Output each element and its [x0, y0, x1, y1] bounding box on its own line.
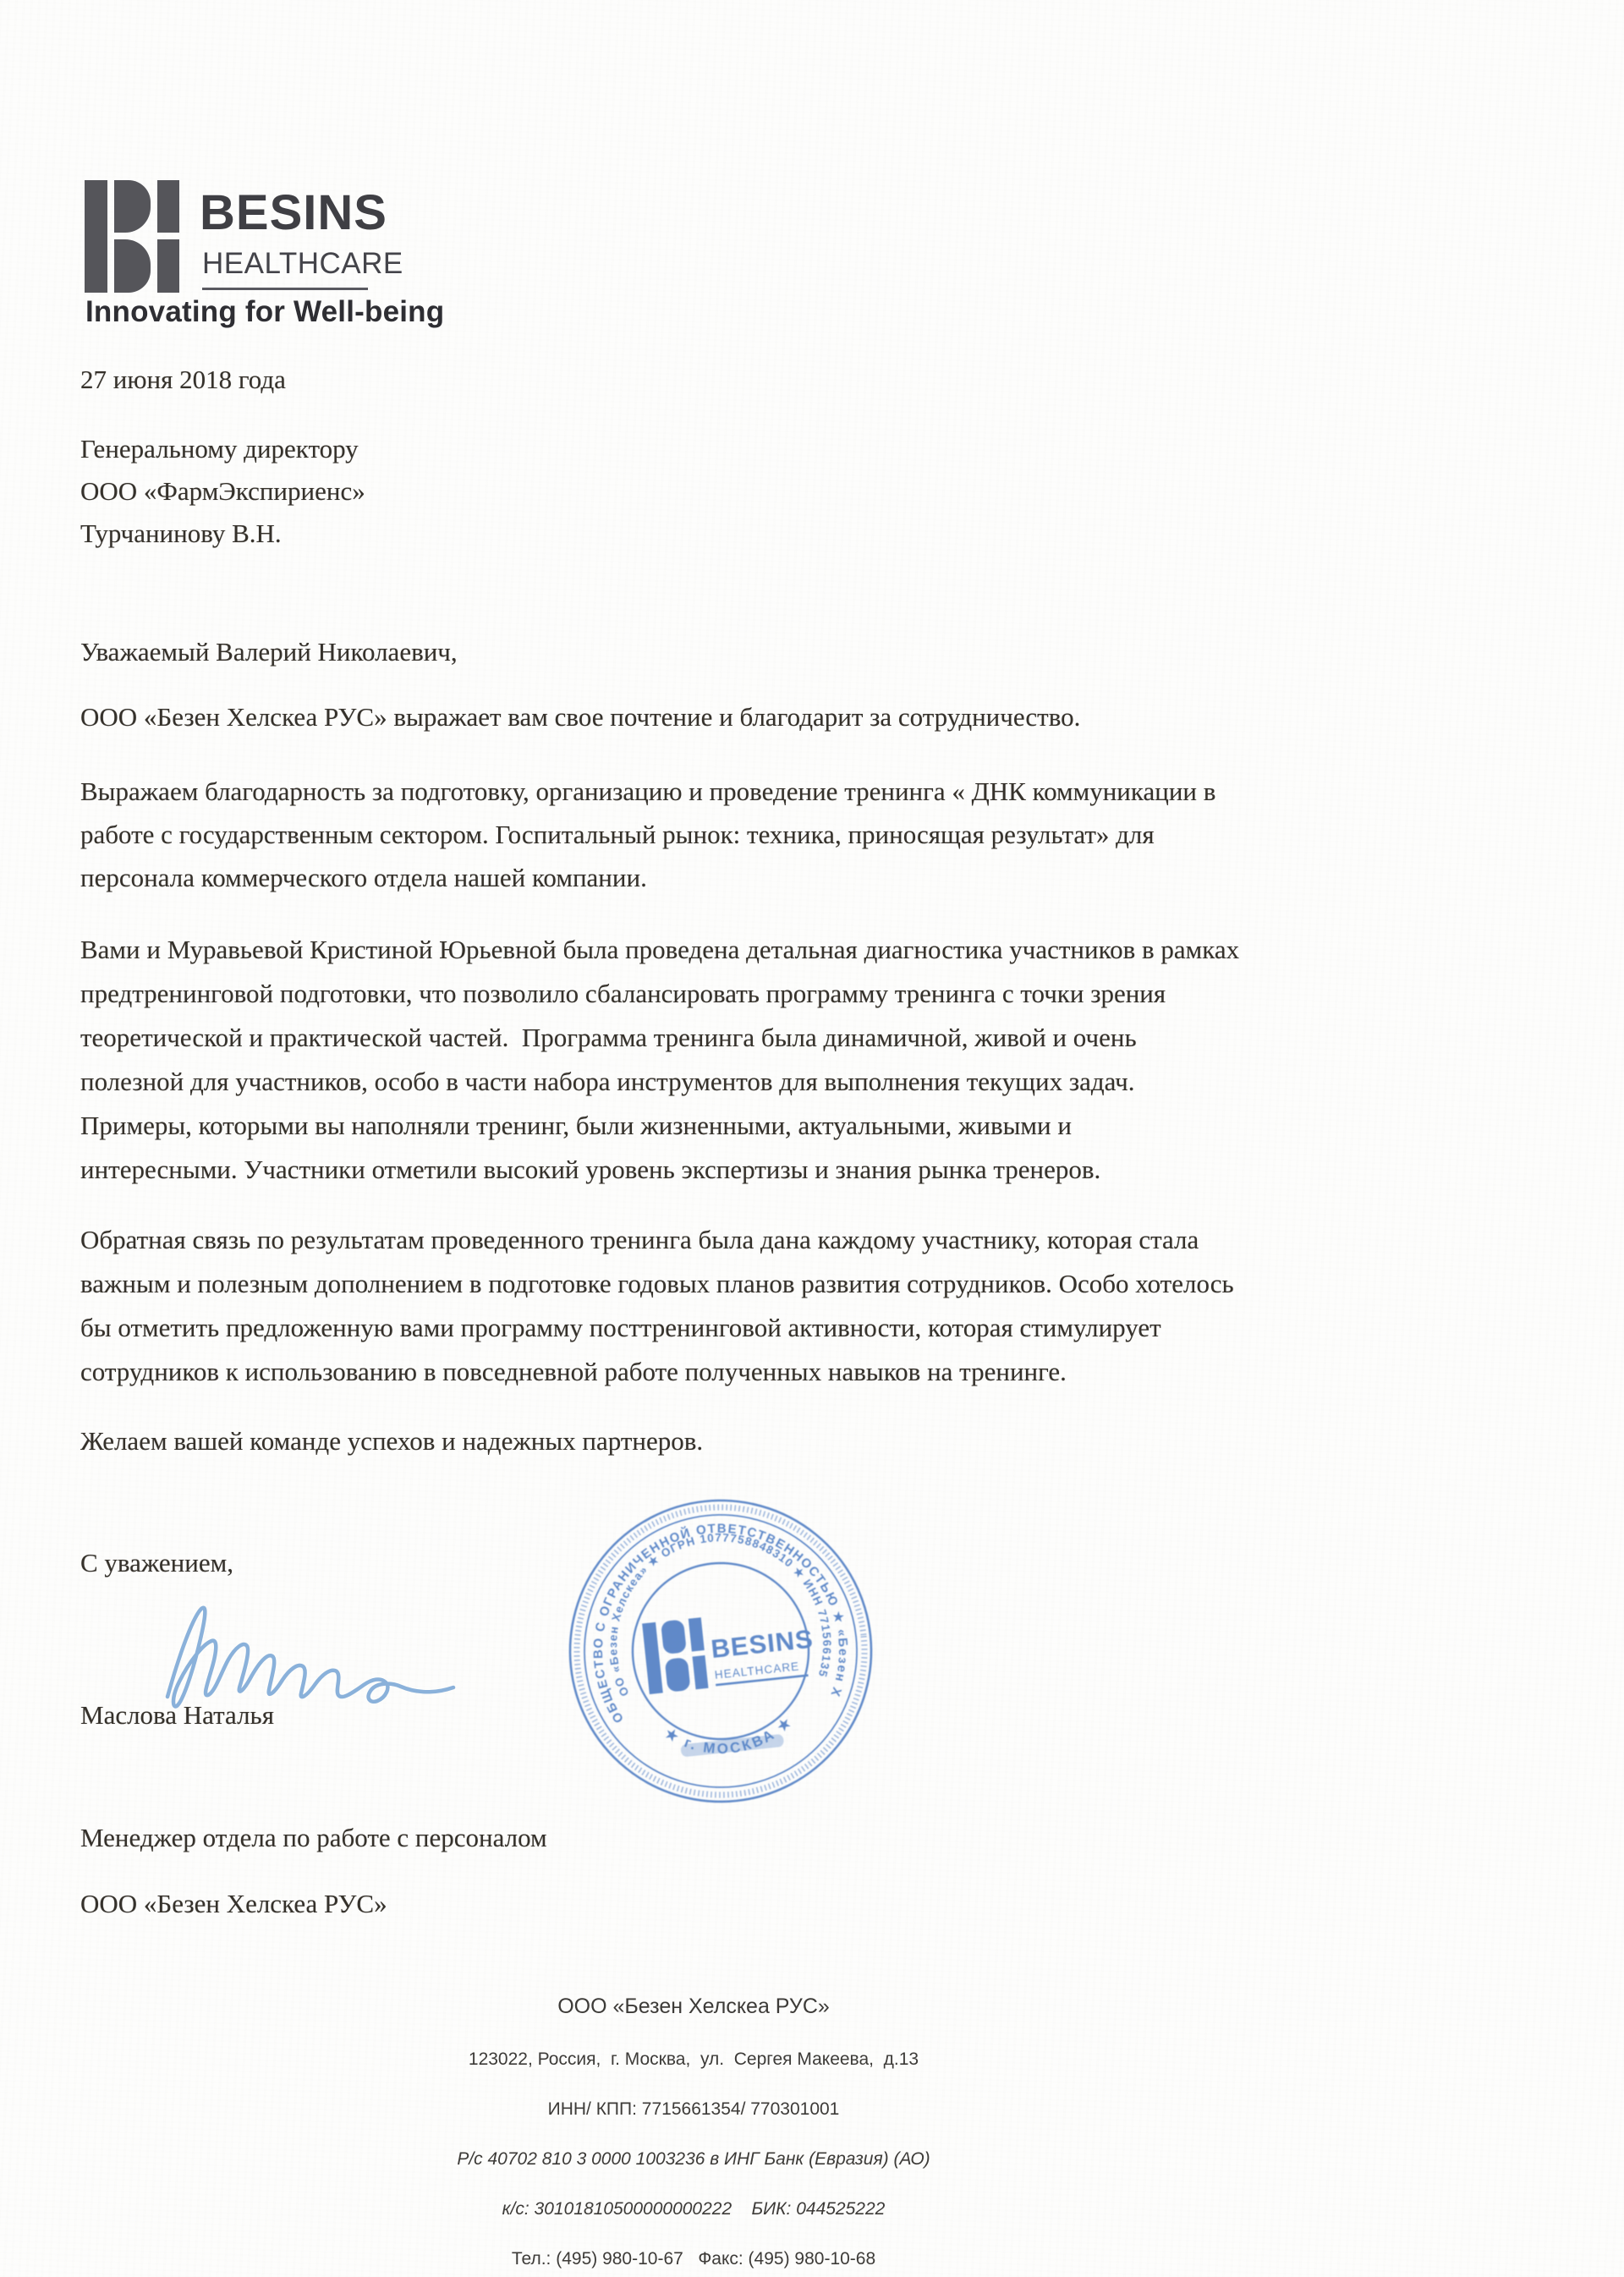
stamp-center-brand: BESINS — [710, 1624, 815, 1665]
logo-bar-right-top — [157, 180, 179, 233]
logo-bar-left — [85, 180, 107, 293]
signer-company: ООО «Безен Хелскеа РУС» — [80, 1882, 1571, 1925]
letter-date: 27 июня 2018 года — [80, 358, 1571, 401]
footer-block: ООО «Безен Хелскеа РУС» 123022, Россия, … — [338, 1964, 1049, 2277]
logo-bar-right-bottom — [157, 239, 179, 293]
logo-bowl-bottom — [114, 239, 151, 293]
paragraph-5: Желаем вашей команде успехов и надежных … — [80, 1419, 1571, 1462]
logo-bowl-top — [114, 180, 151, 233]
footer-company: ООО «Безен Хелскеа РУС» — [338, 1994, 1049, 2019]
footer-address: 123022, Россия, г. Москва, ул. Сергея Ма… — [338, 2049, 1049, 2069]
handwritten-signature — [142, 1588, 472, 1715]
salutation: Уважаемый Валерий Николаевич, — [80, 630, 1571, 673]
paragraph-2: Выражаем благодарность за подготовку, ор… — [80, 770, 1571, 899]
recipient-block: Генеральному директору ООО «ФармЭкспирие… — [80, 428, 1571, 555]
paragraph-4: Обратная связь по результатам проведенно… — [80, 1218, 1571, 1394]
brand-tagline: Innovating for Well-being — [85, 295, 444, 329]
besins-logo-mark — [85, 180, 179, 293]
stamp-center-logo: BESINS HEALTHCARE — [642, 1606, 817, 1694]
paragraph-3: Вами и Муравьевой Кристиной Юрьевной был… — [80, 928, 1571, 1192]
signature-stroke — [167, 1608, 453, 1707]
footer-corr-account: к/с: 30101810500000000222 БИК: 044525222 — [338, 2199, 1049, 2219]
svg-text:ООО «Безен Хелскеа» ★ ОГРН 107: ООО «Безен Хелскеа» ★ ОГРН 1077758848310… — [546, 1476, 837, 1709]
paragraph-1: ООО «Безен Хелскеа РУС» выражает вам сво… — [80, 695, 1571, 738]
company-stamp: ОБЩЕСТВО С ОГРАНИЧЕННОЙ ОТВЕТСТВЕННОСТЬЮ… — [546, 1476, 897, 1827]
brand-name: BESINS — [200, 184, 387, 241]
footer-inn-kpp: ИНН/ КПП: 7715661354/ 770301001 — [338, 2099, 1049, 2119]
brand-underline — [202, 288, 368, 290]
footer-account: Р/с 40702 810 3 0000 1003236 в ИНГ Банк … — [338, 2149, 1049, 2169]
brand-subname: HEALTHCARE — [202, 247, 403, 281]
footer-phone-fax: Тел.: (495) 980-10-67 Факс: (495) 980-10… — [338, 2249, 1049, 2269]
stamp-inner-ring-text: ООО «Безен Хелскеа» ★ ОГРН 1077758848310… — [546, 1476, 837, 1709]
